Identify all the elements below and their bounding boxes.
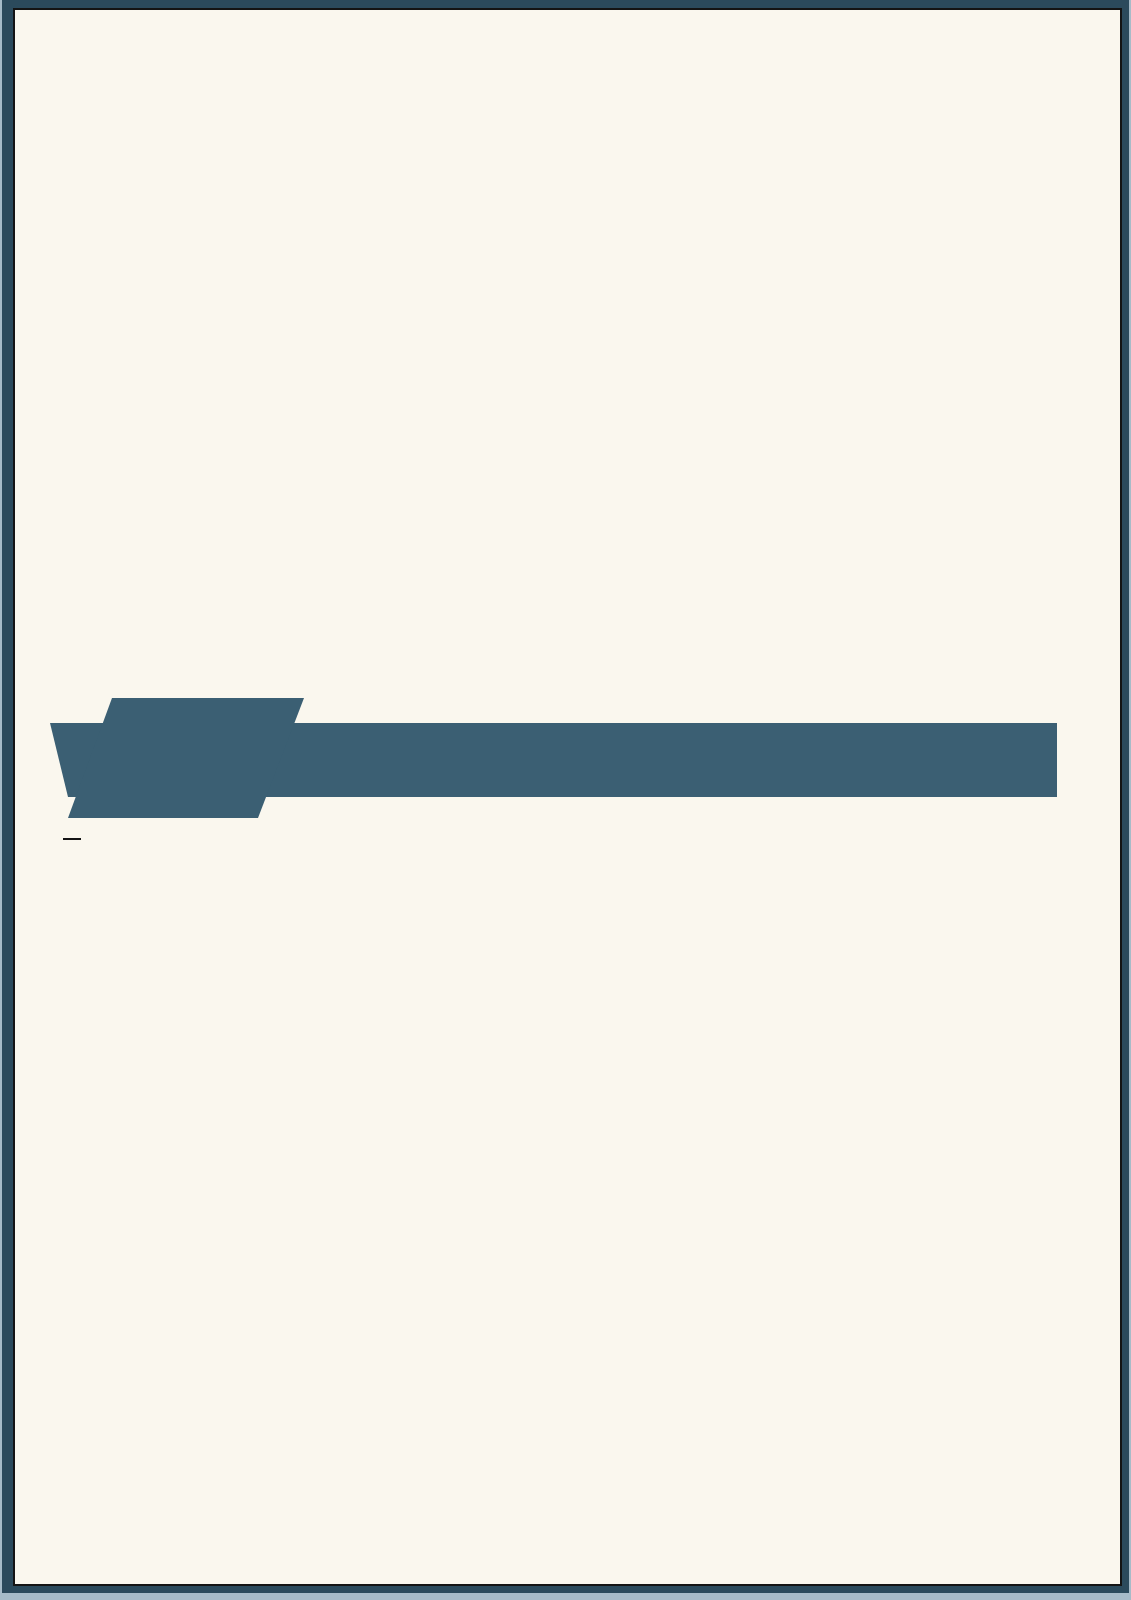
materials-heading [63,827,81,845]
banner-title [760,723,1047,797]
materials-heading-text [63,833,81,840]
banner-number [95,698,275,818]
